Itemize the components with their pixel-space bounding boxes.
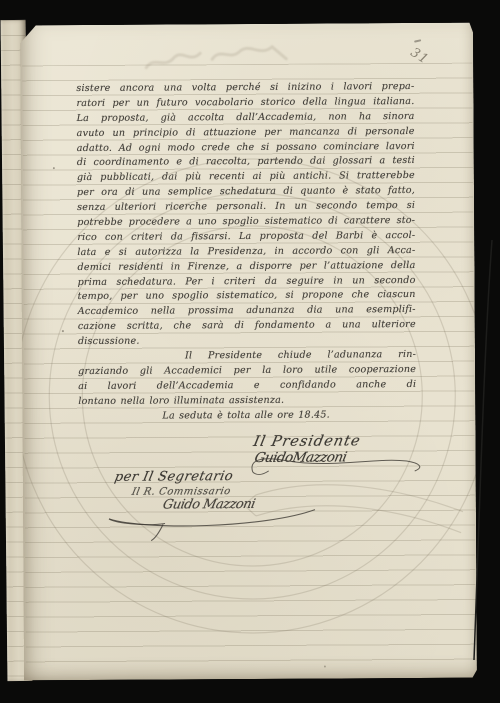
ink-speck xyxy=(53,167,55,169)
manuscript-line: demici residenti in Firenze, a disporre … xyxy=(77,259,415,276)
manuscript-page: 31 sistere ancora una volta perché si in… xyxy=(20,23,477,681)
president-title: Il Presidente xyxy=(252,433,362,450)
manuscript-line: La seduta è tolta alle ore 18.45. xyxy=(162,408,416,424)
president-signature: GuidoMazzoni xyxy=(253,449,348,466)
secretary-signature: Guido Mazzoni xyxy=(161,497,256,513)
manuscript-lines: sistere ancora una volta perché si inizi… xyxy=(76,80,416,425)
secretary-per-title: per Il Segretario xyxy=(113,469,234,485)
pencil-cross-speck xyxy=(324,666,326,668)
photo-background: 31 sistere ancora una volta perché si in… xyxy=(0,0,500,703)
manuscript-line: Il Presidente chiude l’adunanza rin- xyxy=(185,348,416,364)
manuscript-line: ai lavori dell’Accademia e confidando an… xyxy=(78,378,416,395)
ink-speck xyxy=(62,330,64,332)
manuscript-line: lata e si autorizza la Presidenza, in ac… xyxy=(77,244,415,261)
secretary-role-title: Il R. Commissario xyxy=(131,486,232,498)
manuscript-text: sistere ancora una volta perché si inizi… xyxy=(76,80,416,425)
manuscript-line: La proposta, già accolta dall’Accademia,… xyxy=(77,110,415,127)
manuscript-line: avuto un principio di attuazione per man… xyxy=(77,125,415,142)
pencil-mark xyxy=(414,39,421,42)
manuscript-line: cazione scritta, che sarà di fondamento … xyxy=(78,318,416,335)
